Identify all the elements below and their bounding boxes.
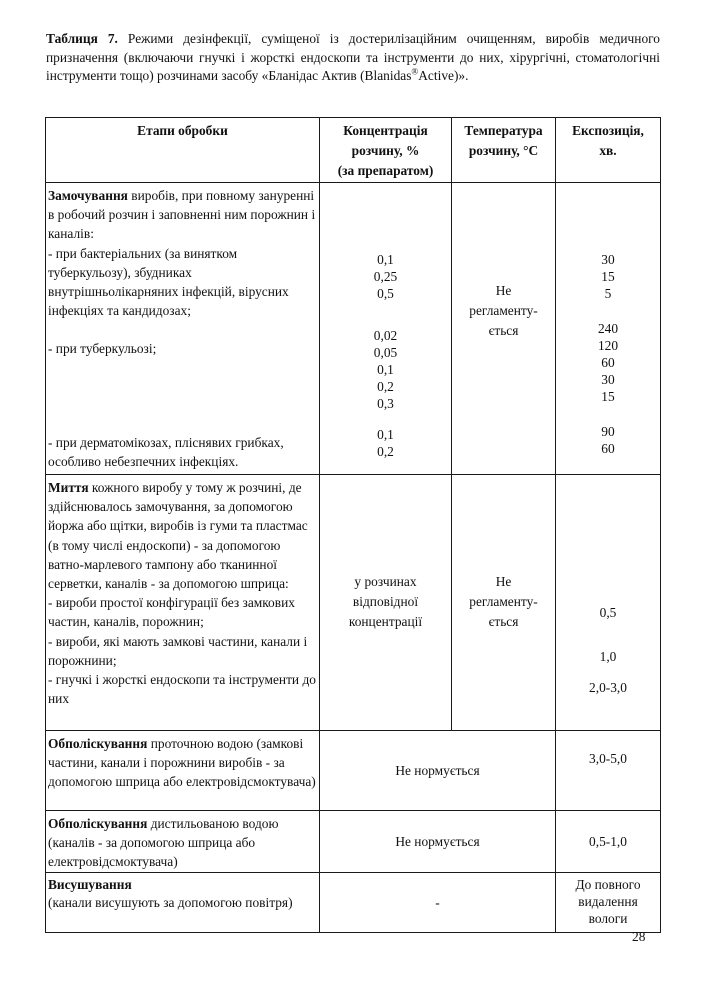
concentration-cell: 0,1 0,25 0,5 0,02 0,05 0,1 0,2 0,3 0,1 0…	[320, 183, 452, 475]
exposure-cell: 30 15 5 240 120 60 30 15 90 60	[556, 183, 661, 475]
table-caption: Таблиця 7. Режими дезінфекції, суміщеної…	[46, 30, 660, 86]
merged-not-regulated-cell: Не нормується	[320, 811, 556, 873]
stage-cell: Миття кожного виробу у тому ж розчині, д…	[46, 475, 320, 731]
temperature-cell: Не регламенту- ється	[452, 183, 556, 475]
concentration-cell: у розчинах відповідної концентрації	[320, 475, 452, 731]
table-row-rinsing-distilled-water: Обполіскування дистильованою водою (кана…	[46, 811, 661, 873]
caption-text: Режими дезінфекції, суміщеної із достери…	[46, 31, 660, 83]
subitem-endoscopes: - гнучкі і жорсткі ендоскопи та інструме…	[48, 670, 317, 708]
subitem-bacterial: - при бактеріальних (за винятком туберку…	[48, 244, 317, 321]
subitem-simple: - вироби простої конфігурації без замков…	[48, 593, 317, 631]
stage-cell: Замочування виробів, при повному занурен…	[46, 183, 320, 475]
subitem-dermatomycosis: - при дерматомікозах, пліснявих грибках,…	[48, 433, 317, 471]
stage-cell: Обполіскування проточною водою (замкові …	[46, 731, 320, 811]
header-temperature: Температура розчину, °С	[452, 118, 556, 183]
caption-text-end: Active)».	[418, 68, 468, 83]
merged-not-regulated-cell: Не нормується	[320, 731, 556, 811]
disinfection-regimes-table: Етапи обробки Концентрація розчину, % (з…	[45, 117, 661, 933]
subitem-tuberculosis: - при туберкульозі;	[48, 339, 317, 358]
subitem-locking-parts: - вироби, які мають замкові частини, кан…	[48, 632, 317, 670]
table-row-washing: Миття кожного виробу у тому ж розчині, д…	[46, 475, 661, 731]
exposure-cell: 3,0-5,0	[556, 731, 661, 811]
merged-dash-cell: -	[320, 872, 556, 932]
table-header-row: Етапи обробки Концентрація розчину, % (з…	[46, 118, 661, 183]
table-row-rinsing-running-water: Обполіскування проточною водою (замкові …	[46, 731, 661, 811]
table-row-soaking: Замочування виробів, при повному занурен…	[46, 183, 661, 475]
header-concentration: Концентрація розчину, % (за препаратом)	[320, 118, 452, 183]
header-stages: Етапи обробки	[46, 118, 320, 183]
stage-cell: Висушування (канали висушують за допомог…	[46, 872, 320, 932]
page-number: 28	[632, 929, 645, 945]
table-row-drying: Висушування (канали висушують за допомог…	[46, 872, 661, 932]
exposure-cell: 0,5-1,0	[556, 811, 661, 873]
exposure-cell: До повного видалення вологи	[556, 872, 661, 932]
exposure-cell: 0,5 1,0 2,0-3,0	[556, 475, 661, 731]
temperature-cell: Не регламенту- ється	[452, 475, 556, 731]
stage-cell: Обполіскування дистильованою водою (кана…	[46, 811, 320, 873]
caption-label: Таблиця 7.	[46, 31, 118, 46]
header-exposure: Експозиція, хв.	[556, 118, 661, 183]
